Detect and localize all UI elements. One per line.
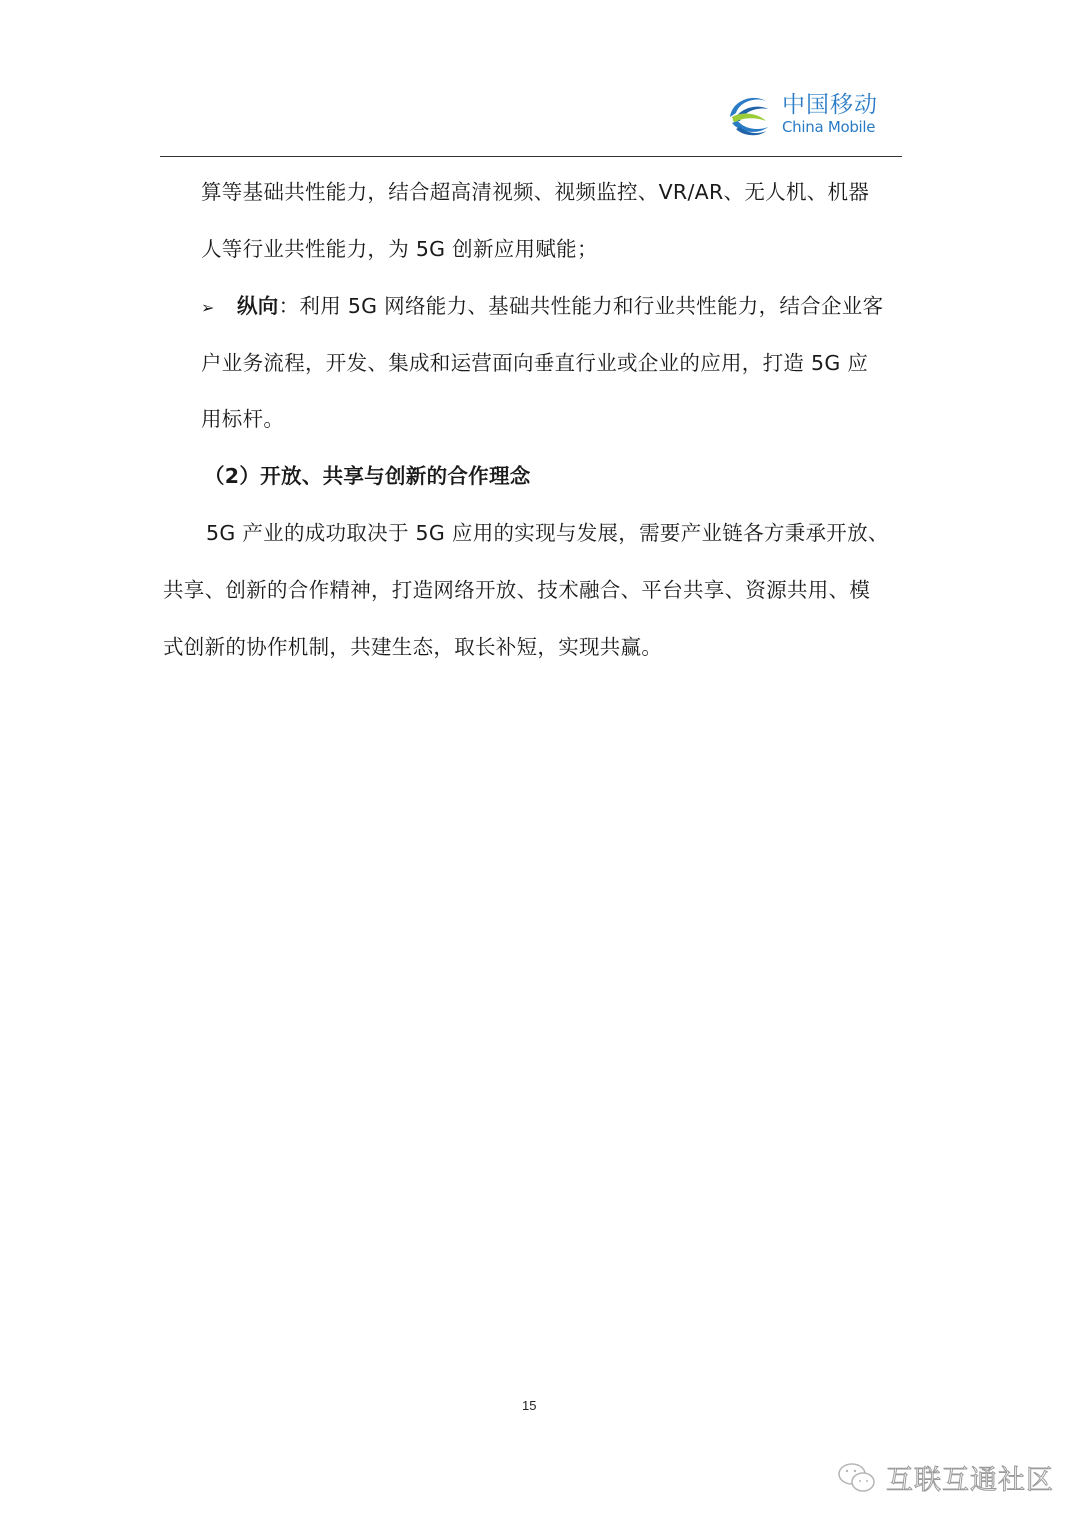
logo-chinese-text: 中国移动	[782, 94, 878, 117]
bullet-vertical-line-1: ➢纵向：利用 5G 网络能力、基础共性能力和行业共性能力，结合企业客	[201, 289, 883, 319]
paragraph-2-line-3: 式创新的协作机制，共建生态，取长补短，实现共赢。	[163, 630, 662, 660]
paragraph-2-line-2: 共享、创新的合作精神，打造网络开放、技术融合、平台共享、资源共用、模	[163, 573, 870, 603]
bullet-arrow-icon: ➢	[201, 298, 237, 317]
china-mobile-logo-icon	[722, 87, 776, 141]
china-mobile-logo: 中国移动 China Mobile	[722, 86, 892, 142]
paragraph-2-line-1: 5G 产业的成功取决于 5G 应用的实现与发展，需要产业链各方秉承开放、	[206, 516, 889, 546]
bullet-text: ：利用 5G 网络能力、基础共性能力和行业共性能力，结合企业客	[279, 294, 884, 318]
wechat-icon	[836, 1460, 880, 1496]
watermark-text: 互联互通社区	[886, 1458, 1054, 1497]
paragraph-1-line-1: 算等基础共性能力，结合超高清视频、视频监控、VR/AR、无人机、机器	[201, 175, 869, 205]
logo-english-text: China Mobile	[782, 120, 878, 135]
page-number: 15	[522, 1398, 536, 1413]
watermark: 互联互通社区	[836, 1458, 1054, 1497]
header-divider	[160, 156, 902, 157]
bullet-label: 纵向	[237, 294, 279, 318]
paragraph-1-line-2: 人等行业共性能力，为 5G 创新应用赋能；	[201, 232, 598, 262]
section-heading: （2）开放、共享与创新的合作理念	[204, 459, 531, 489]
bullet-vertical-line-3: 用标杆。	[201, 402, 284, 432]
bullet-vertical-line-2: 户业务流程，开发、集成和运营面向垂直行业或企业的应用，打造 5G 应	[201, 346, 868, 376]
